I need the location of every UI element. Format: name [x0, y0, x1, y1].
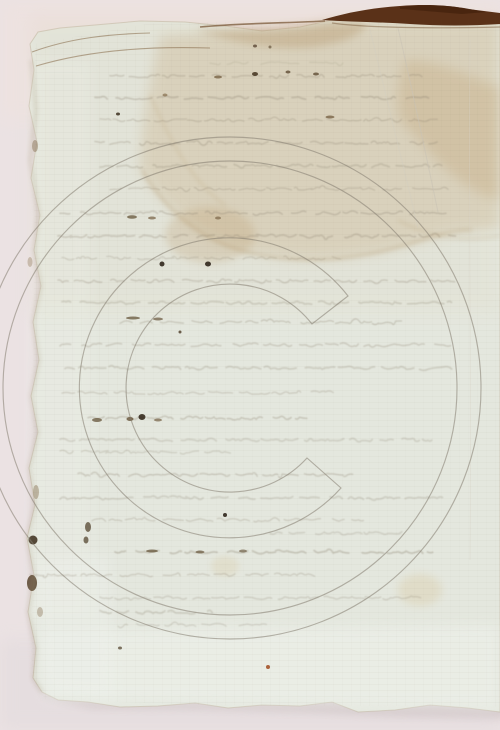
ink-mark	[84, 537, 89, 544]
manuscript-scene	[0, 0, 500, 730]
ink-mark	[148, 217, 156, 220]
ink-mark	[223, 513, 227, 517]
ink-mark	[266, 665, 270, 669]
ink-mark	[139, 414, 146, 420]
ink-mark	[253, 45, 257, 48]
ink-mark	[179, 331, 182, 334]
ink-mark	[313, 73, 319, 76]
ink-mark	[118, 647, 122, 650]
ink-mark	[37, 607, 43, 617]
ink-mark	[127, 215, 137, 219]
ink-mark	[160, 262, 165, 267]
ink-mark	[153, 318, 163, 321]
ink-mark	[326, 116, 335, 119]
ink-mark	[205, 262, 211, 267]
ink-mark	[215, 217, 221, 220]
ink-mark	[252, 72, 258, 76]
ink-mark	[214, 76, 222, 79]
ink-mark	[116, 113, 120, 116]
light-wash-left	[30, 60, 90, 620]
ink-mark	[126, 317, 140, 320]
stain-spot-bottom-center	[211, 556, 239, 576]
ink-mark	[85, 522, 91, 532]
ink-mark	[196, 551, 205, 554]
ink-mark	[154, 419, 162, 422]
ink-mark	[239, 550, 247, 553]
ink-mark	[146, 550, 158, 553]
stain-spot-bottom-right	[398, 574, 442, 606]
ink-mark	[28, 257, 33, 267]
ink-mark	[163, 94, 168, 97]
ink-mark	[269, 46, 272, 49]
ink-mark	[92, 418, 102, 422]
manuscript-photo: ©	[0, 0, 500, 730]
ink-mark	[286, 71, 291, 74]
